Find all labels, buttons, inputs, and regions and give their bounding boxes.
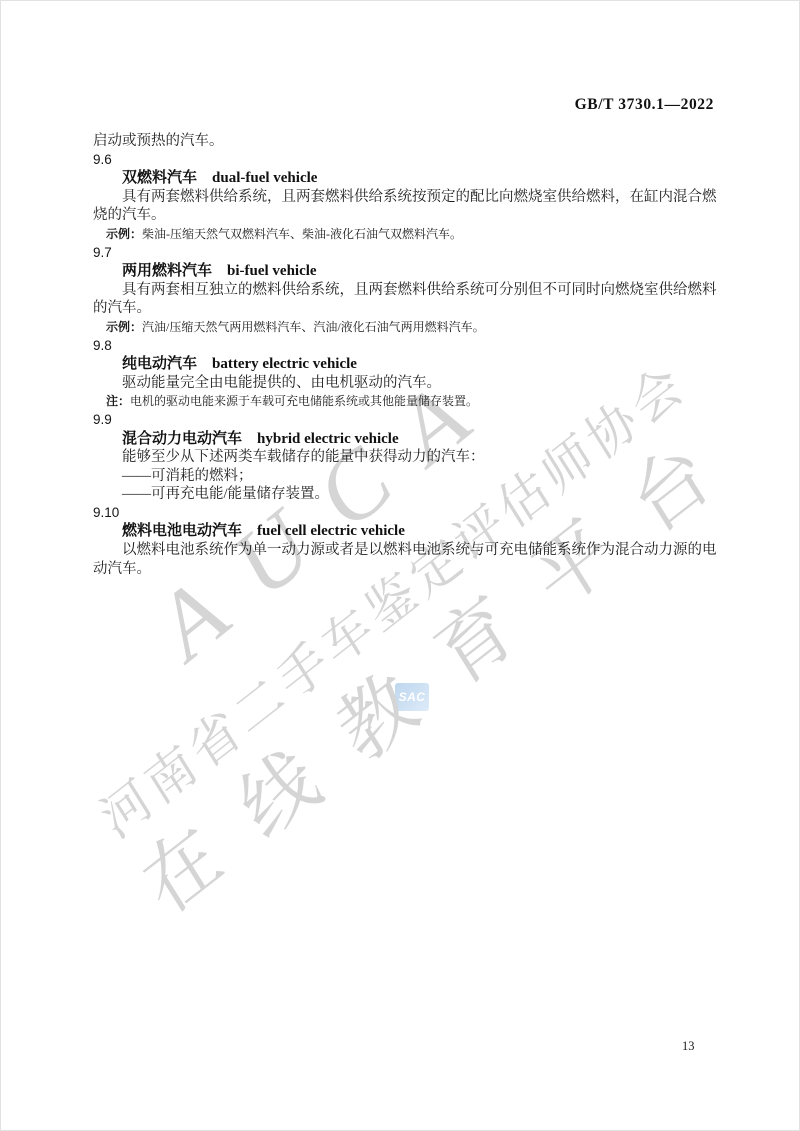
term-english: dual-fuel vehicle xyxy=(212,170,317,186)
term-line: 混合动力电动汽车hybrid electric vehicle xyxy=(93,430,717,449)
document-page: SAC AUCA 河南省二手车鉴定评估师协会 在线教育平台 GB/T 3730.… xyxy=(0,0,800,1131)
definition-paragraph: 驱动能量完全由电能提供的、由电机驱动的汽车。 xyxy=(93,374,717,393)
definition-paragraph: 具有两套燃料供给系统，且两套燃料供给系统按预定的配比向燃烧室供给燃料，在缸内混合… xyxy=(93,188,717,225)
dash-item: ——可再充电能/能量储存装置。 xyxy=(93,485,717,504)
section-number: 9.10 xyxy=(93,504,717,523)
example-line: 示例：柴油-压缩天然气双燃料汽车、柴油-液化石油气双燃料汽车。 xyxy=(93,225,717,244)
example-text: 汽油/压缩天然气两用燃料汽车、汽油/液化石油气两用燃料汽车。 xyxy=(142,320,485,334)
example-line: 示例：汽油/压缩天然气两用燃料汽车、汽油/液化石油气两用燃料汽车。 xyxy=(93,318,717,337)
note-line: 注：电机的驱动电能来源于车载可充电储能系统或其他能量储存装置。 xyxy=(93,392,717,411)
dash-item: ——可消耗的燃料； xyxy=(93,467,717,486)
example-text: 柴油-压缩天然气双燃料汽车、柴油-液化石油气双燃料汽车。 xyxy=(142,227,462,241)
sections-container: 9.6双燃料汽车dual-fuel vehicle具有两套燃料供给系统，且两套燃… xyxy=(93,151,717,579)
definition-paragraph: 能够至少从下述两类车载储存的能量中获得动力的汽车： xyxy=(93,448,717,467)
section-9.6: 9.6双燃料汽车dual-fuel vehicle具有两套燃料供给系统，且两套燃… xyxy=(93,151,717,244)
definition-paragraph: 以燃料电池系统作为单一动力源或者是以燃料电池系统与可充电储能系统作为混合动力源的… xyxy=(93,541,717,578)
term-chinese: 两用燃料汽车 xyxy=(122,262,212,279)
note-text: 电机的驱动电能来源于车载可充电储能系统或其他能量储存装置。 xyxy=(130,394,478,408)
section-9.9: 9.9混合动力电动汽车hybrid electric vehicle能够至少从下… xyxy=(93,411,717,504)
document-content: 启动或预热的汽车。 9.6双燃料汽车dual-fuel vehicle具有两套燃… xyxy=(93,132,717,578)
term-english: battery electric vehicle xyxy=(212,356,357,372)
term-chinese: 燃料电池电动汽车 xyxy=(122,522,242,539)
section-number: 9.6 xyxy=(93,151,717,170)
section-9.10: 9.10燃料电池电动汽车fuel cell electric vehicle以燃… xyxy=(93,504,717,578)
section-number: 9.8 xyxy=(93,337,717,356)
example-label: 示例： xyxy=(106,320,142,334)
section-number: 9.9 xyxy=(93,411,717,430)
term-line: 两用燃料汽车bi-fuel vehicle xyxy=(93,262,717,281)
term-english: fuel cell electric vehicle xyxy=(257,523,405,539)
term-line: 双燃料汽车dual-fuel vehicle xyxy=(93,169,717,188)
term-line: 纯电动汽车battery electric vehicle xyxy=(93,355,717,374)
term-chinese: 纯电动汽车 xyxy=(122,355,197,372)
continuation-line: 启动或预热的汽车。 xyxy=(93,132,717,151)
term-english: hybrid electric vehicle xyxy=(257,431,399,447)
term-english: bi-fuel vehicle xyxy=(227,263,317,279)
standard-code-header: GB/T 3730.1—2022 xyxy=(575,96,714,114)
note-label: 注： xyxy=(106,394,130,408)
section-number: 9.7 xyxy=(93,244,717,263)
example-label: 示例： xyxy=(106,227,142,241)
term-chinese: 双燃料汽车 xyxy=(122,169,197,186)
term-chinese: 混合动力电动汽车 xyxy=(122,430,242,447)
section-9.8: 9.8纯电动汽车battery electric vehicle驱动能量完全由电… xyxy=(93,337,717,411)
page-number: 13 xyxy=(682,1039,695,1054)
term-line: 燃料电池电动汽车fuel cell electric vehicle xyxy=(93,522,717,541)
section-9.7: 9.7两用燃料汽车bi-fuel vehicle具有两套相互独立的燃料供给系统，… xyxy=(93,244,717,337)
definition-paragraph: 具有两套相互独立的燃料供给系统，且两套燃料供给系统可分别但不可同时向燃烧室供给燃… xyxy=(93,281,717,318)
